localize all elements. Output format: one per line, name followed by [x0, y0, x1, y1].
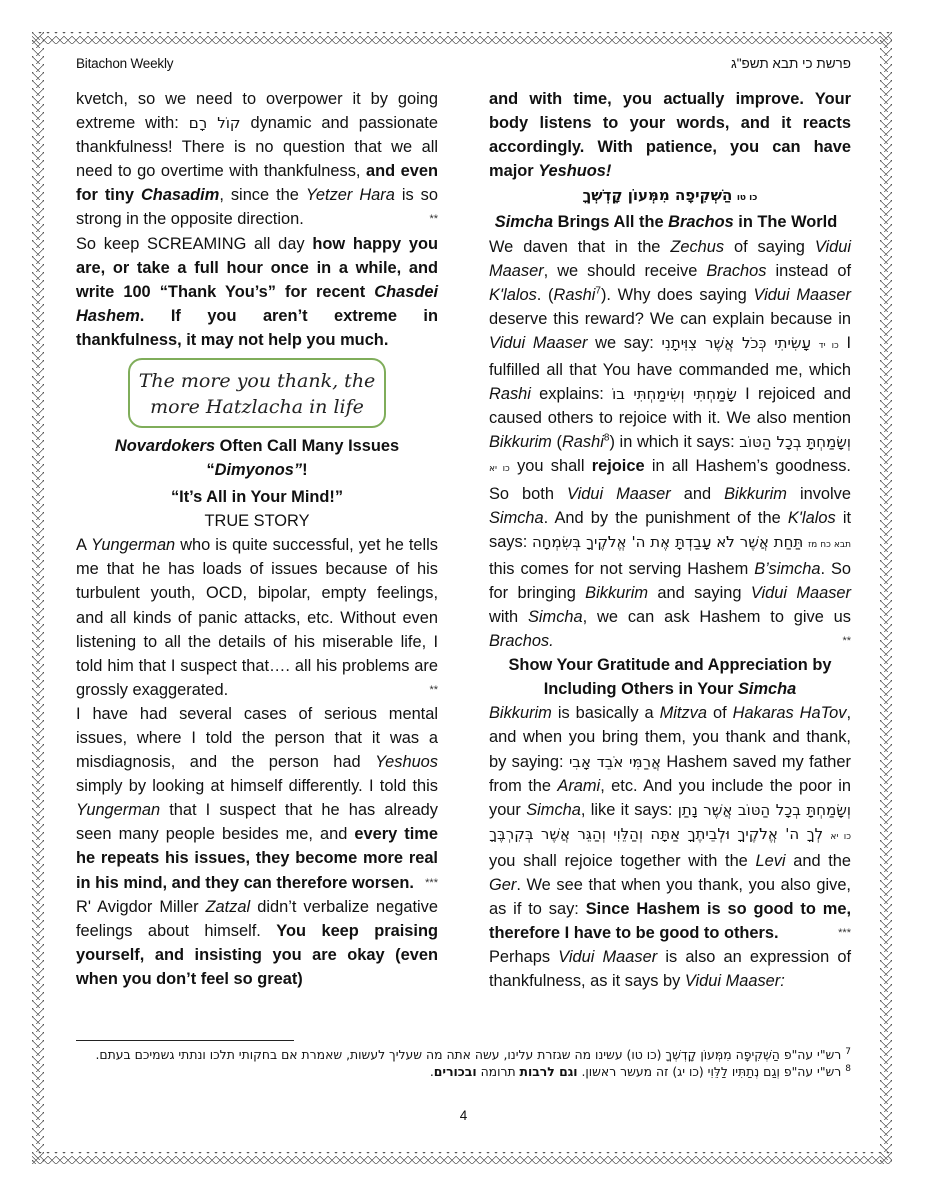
pull-quote-box: The more you thank, the more Hatzlacha i… [128, 358, 386, 428]
border-bottom [32, 1152, 892, 1164]
paragraph: R' Avigdor Miller Zatzal didn’t verbaliz… [76, 895, 438, 991]
section-subheading: “It’s All in Your Mind!” [76, 485, 438, 509]
border-right [880, 32, 892, 1164]
border-top [32, 32, 892, 44]
paragraph: Bikkurim is basically a Mitzva of Hakara… [489, 701, 851, 945]
section-separator: ** [842, 629, 851, 653]
section-separator: ** [429, 678, 438, 702]
footnote-7: 7 רש"י עה"פ הַשְׁקִיפָה מִמְּעוֹן קָדְשְ… [76, 1046, 851, 1063]
verse-reference: כו טו [737, 193, 758, 203]
page-number: 4 [0, 1108, 927, 1123]
parsha-title: פרשת כי תבא תשפ"ג [731, 56, 851, 71]
publication-title: Bitachon Weekly [76, 56, 173, 71]
hebrew-verse-heading: הַשְׁקִיפָה מִמְּעוֹן קָדְשְׁךָ כו טו [489, 183, 851, 210]
page-header: Bitachon Weekly פרשת כי תבא תשפ"ג [76, 54, 851, 76]
section-separator: ** [429, 207, 438, 231]
paragraph: I have had several cases of serious ment… [76, 702, 438, 895]
section-heading: Novardokers Often Call Many Issues “Dimy… [76, 434, 438, 482]
footnote-separator [76, 1040, 294, 1041]
true-story-label: TRUE STORY [76, 509, 438, 533]
section-separator: *** [425, 871, 438, 895]
right-column: and with time, you actually improve. You… [489, 87, 851, 993]
paragraph: A Yungerman who is quite successful, yet… [76, 533, 438, 702]
border-left [32, 32, 44, 1164]
paragraph: We daven that in the Zechus of saying Vi… [489, 235, 851, 654]
section-separator: *** [838, 921, 851, 945]
section-heading: Simcha Brings All the Brachos in The Wor… [481, 210, 851, 234]
paragraph: So keep SCREAMING all day how happy you … [76, 232, 438, 352]
left-column: kvetch, so we need to overpower it by go… [76, 87, 438, 991]
hebrew-text: קוֹל רָם [189, 114, 241, 132]
footnotes: 7 רש"י עה"פ הַשְׁקִיפָה מִמְּעוֹן קָדְשְ… [76, 1046, 851, 1080]
paragraph: and with time, you actually improve. You… [489, 87, 851, 183]
section-heading: Show Your Gratitude and Appreciation by … [489, 653, 851, 701]
footnote-8: 8 רש"י עה"פ וְגַם נְתַתִּיו לַלֵּוִי (כו… [76, 1063, 851, 1080]
paragraph: kvetch, so we need to overpower it by go… [76, 87, 438, 232]
paragraph: Perhaps Vidui Maaser is also an expressi… [489, 945, 851, 993]
